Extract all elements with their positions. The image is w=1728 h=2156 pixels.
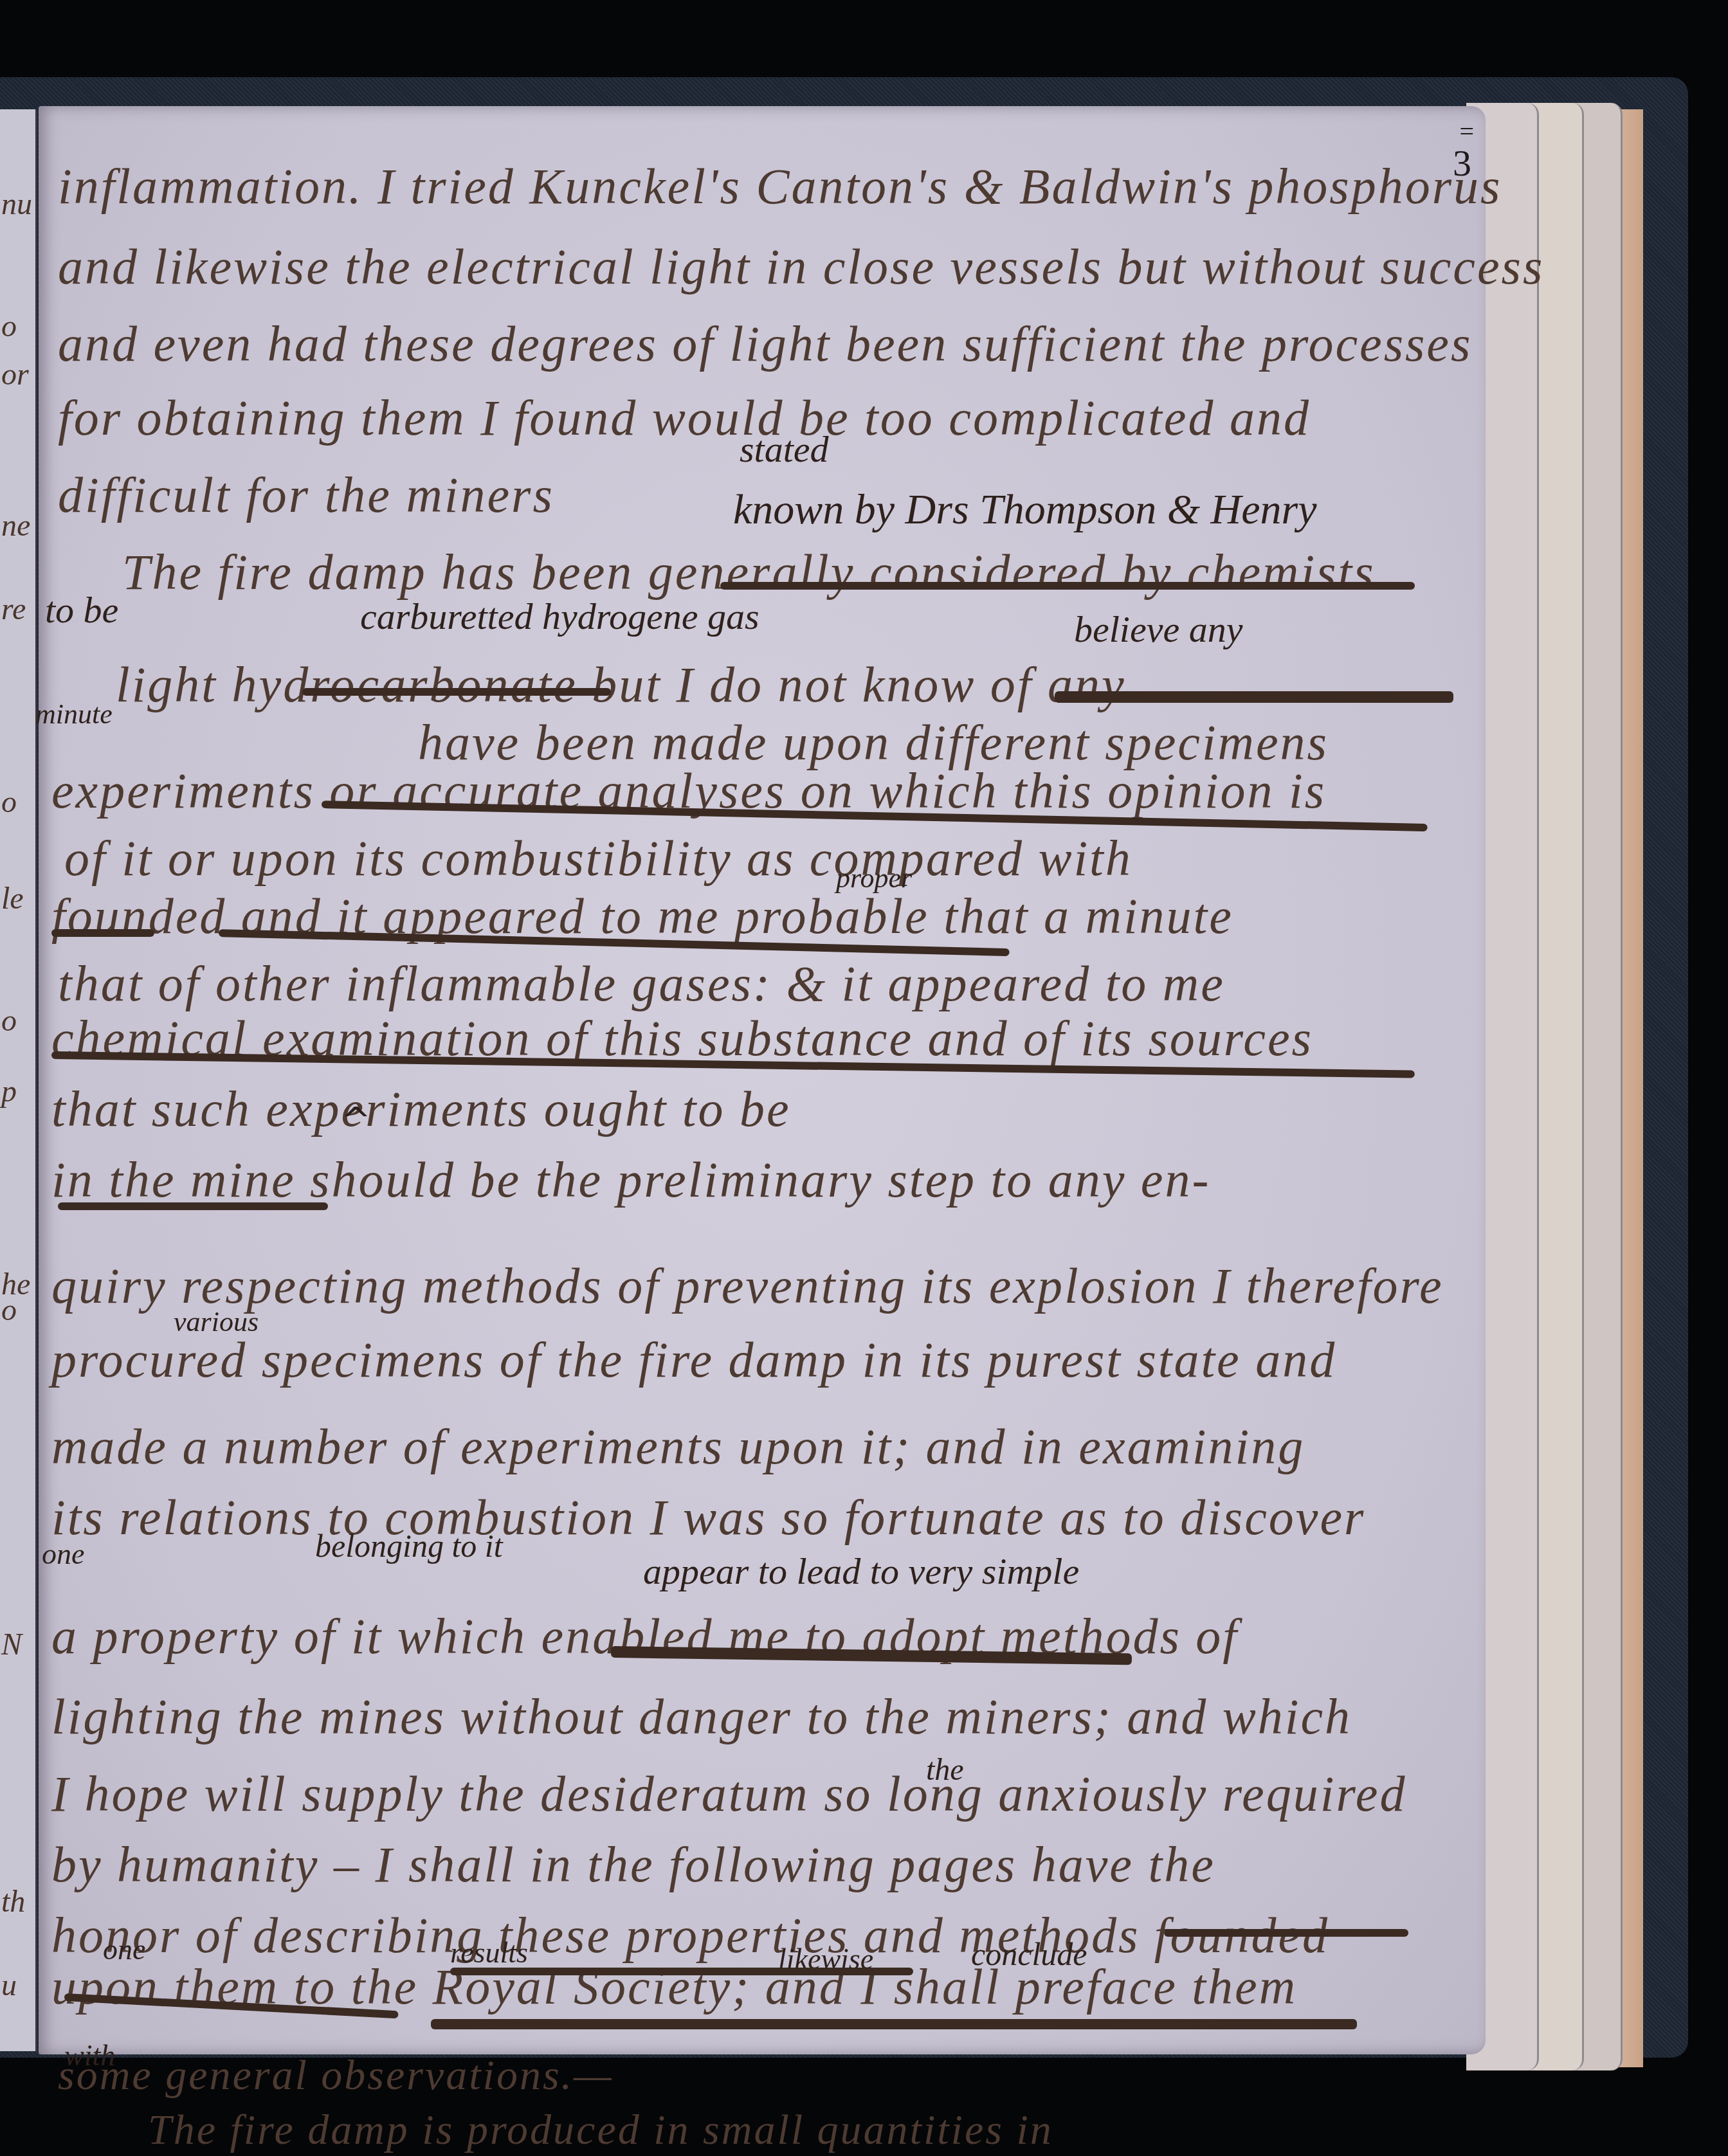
manuscript-line: lighting the mines without danger to the… [51,1688,1352,1746]
facing-page-text: re [1,592,26,627]
facing-page-text: ne [1,508,30,543]
manuscript-line: honor of describing these properties and… [51,1907,1329,1964]
strikethrough [1055,691,1453,703]
page-number-marks: = [1453,119,1471,145]
insertion-text: to be [45,588,118,631]
manuscript-line: procured specimens of the fire damp in i… [51,1331,1336,1389]
strikethrough [51,929,154,937]
insertion-text: the [926,1752,964,1788]
insertion-text: conclude [971,1935,1087,1973]
manuscript-line: The fire damp is produced in small quant… [148,2106,1053,2155]
manuscript-line: for obtaining them I found would be too … [58,389,1311,447]
facing-page-text: o [1,1292,17,1328]
strikethrough [450,1968,913,1975]
manuscript-line: light hydrocarbonate but I do not know o… [116,656,1126,714]
manuscript-line: The fire damp has been generally conside… [122,543,1376,601]
insertion-text: belonging to it [315,1527,503,1564]
facing-page-text: N [1,1627,22,1662]
manuscript-page: = 3 inflammation. I tried Kunckel's Cant… [39,106,1486,2054]
manuscript-line: inflammation. I tried Kunckel's Canton's… [58,158,1502,215]
strikethrough [1164,1929,1408,1937]
facing-page-text: or [1,357,29,392]
manuscript-line: some general observations.— [58,2051,614,2100]
strikethrough [302,688,611,696]
manuscript-line: and likewise the electrical light in clo… [58,238,1544,296]
insertion-text: one [42,1537,84,1571]
facing-page-text: nu [1,186,32,222]
insertion-text: believe any [1074,608,1242,651]
caret-mark: ^ [341,1100,371,1141]
manuscript-line: I hope will supply the desideratum so lo… [51,1765,1406,1823]
manuscript-line: that such experiments ought to be [51,1080,791,1138]
strikethrough [720,582,1415,590]
insertion-text: results [450,1935,528,1970]
manuscript-line: that of other inflammable gases: & it ap… [58,955,1225,1013]
insertion-text: appear to lead to very simple [643,1550,1079,1593]
facing-page-text: o [1,784,17,820]
manuscript-line: in the mine should be the preliminary st… [51,1151,1210,1209]
facing-page-text: o [1,309,17,344]
manuscript-line: quiry respecting methods of preventing i… [51,1257,1444,1315]
manuscript-line: its relations to combustion I was so for… [51,1489,1365,1546]
facing-page-text: th [1,1884,25,1919]
facing-page-text: p [1,1074,17,1109]
manuscript-line: difficult for the miners [58,466,554,524]
insertion-text: carburetted hydrogene gas [360,595,759,638]
manuscript-line: and even had these degrees of light been… [58,315,1472,373]
facing-page-text: o [1,1003,17,1038]
insertion-text: known by Drs Thompson & Henry [733,485,1316,534]
facing-page-text: le [1,881,24,916]
strikethrough [431,2019,1357,2029]
manuscript-line: of it or upon its combustibility as comp… [64,829,1132,887]
facing-page-text: u [1,1968,17,2003]
facing-page-fragment: nu o or ne re o le o p he o N th u [0,109,37,2051]
insertion-text: proper [836,862,912,894]
insertion-text: one [103,1932,145,1966]
manuscript-line: by humanity – I shall in the following p… [51,1836,1215,1894]
insertion-text: minute [35,698,113,730]
insertion-text: stated [740,428,829,471]
manuscript-line: made a number of experiments upon it; an… [51,1418,1305,1476]
underline [58,1202,328,1210]
